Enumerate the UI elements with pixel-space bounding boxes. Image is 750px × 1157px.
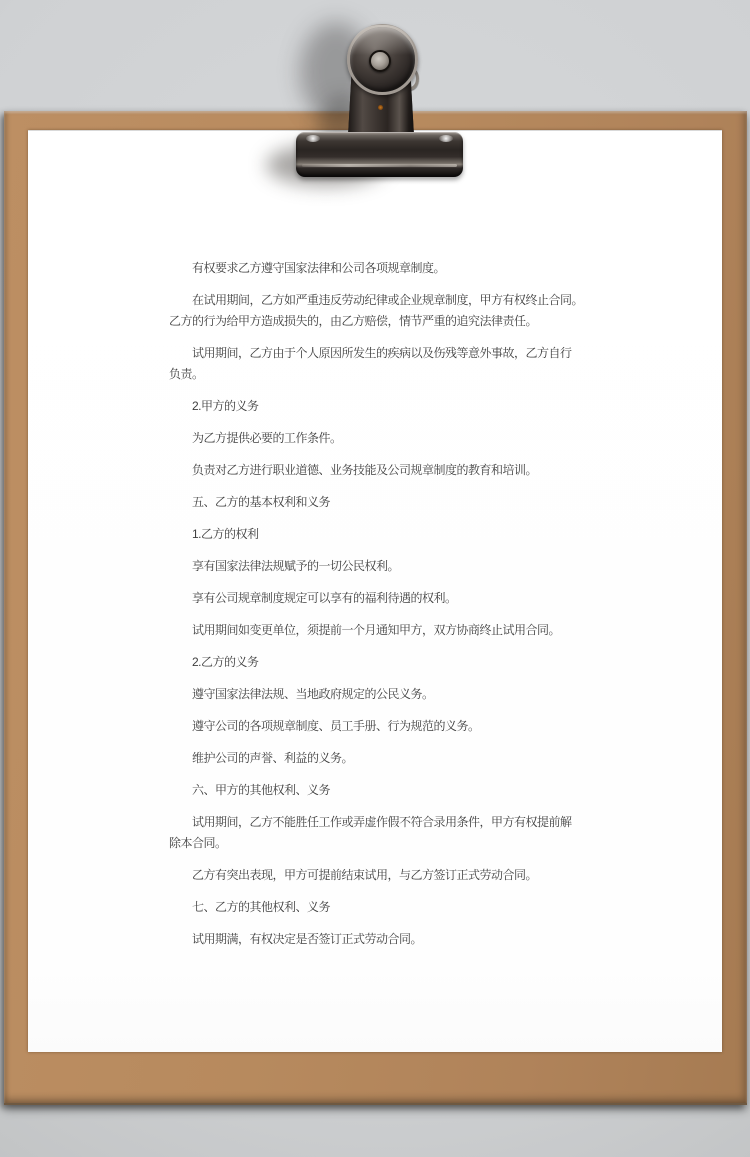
text-line: 试用期满，有权决定是否签订正式劳动合同。 xyxy=(169,929,599,950)
text-line: 遵守公司的各项规章制度、员工手册、行为规范的义务。 xyxy=(169,716,599,737)
text-line: 2.乙方的义务 xyxy=(169,652,599,673)
paragraph: 有权要求乙方遵守国家法律和公司各项规章制度。 xyxy=(169,258,599,279)
text-line: 为乙方提供必要的工作条件。 xyxy=(169,428,599,449)
paragraph: 遵守国家法律法规、当地政府规定的公民义务。 xyxy=(169,684,599,705)
paragraph: 七、乙方的其他权利、义务 xyxy=(169,897,599,918)
text-line: 五、乙方的基本权利和义务 xyxy=(169,492,599,513)
paragraph: 享有公司规章制度规定可以享有的福利待遇的权利。 xyxy=(169,588,599,609)
paragraph: 在试用期间，乙方如严重违反劳动纪律或企业规章制度，甲方有权终止合同。乙方的行为给… xyxy=(169,290,599,332)
text-line: 负责对乙方进行职业道德、业务技能及公司规章制度的教育和培训。 xyxy=(169,460,599,481)
text-line: 乙方的行为给甲方造成损失的，由乙方赔偿，情节严重的追究法律责任。 xyxy=(169,311,599,332)
clip-bar xyxy=(296,132,463,177)
paragraph: 试用期间如变更单位，须提前一个月通知甲方，双方协商终止试用合同。 xyxy=(169,620,599,641)
paragraph: 六、甲方的其他权利、义务 xyxy=(169,780,599,801)
text-line: 六、甲方的其他权利、义务 xyxy=(169,780,599,801)
text-line: 试用期间，乙方由于个人原因所发生的疾病以及伤残等意外事故，乙方自行 xyxy=(169,343,599,364)
paragraph: 试用期间，乙方不能胜任工作或弄虚作假不符合录用条件，甲方有权提前解除本合同。 xyxy=(169,812,599,854)
paragraph: 五、乙方的基本权利和义务 xyxy=(169,492,599,513)
text-line: 享有公司规章制度规定可以享有的福利待遇的权利。 xyxy=(169,588,599,609)
text-line: 维护公司的声誉、利益的义务。 xyxy=(169,748,599,769)
text-line: 除本合同。 xyxy=(169,833,599,854)
paragraph: 享有国家法律法规赋予的一切公民权利。 xyxy=(169,556,599,577)
paragraph: 遵守公司的各项规章制度、员工手册、行为规范的义务。 xyxy=(169,716,599,737)
text-line: 乙方有突出表现，甲方可提前结束试用，与乙方签订正式劳动合同。 xyxy=(169,865,599,886)
text-line: 遵守国家法律法规、当地政府规定的公民义务。 xyxy=(169,684,599,705)
document-text: 有权要求乙方遵守国家法律和公司各项规章制度。在试用期间，乙方如严重违反劳动纪律或… xyxy=(169,258,599,961)
paragraph: 试用期满，有权决定是否签订正式劳动合同。 xyxy=(169,929,599,950)
specular-highlight-icon xyxy=(439,135,453,142)
specular-highlight-icon xyxy=(306,135,320,142)
paragraph: 维护公司的声誉、利益的义务。 xyxy=(169,748,599,769)
paragraph: 试用期间，乙方由于个人原因所发生的疾病以及伤残等意外事故，乙方自行负责。 xyxy=(169,343,599,385)
text-line: 2.甲方的义务 xyxy=(169,396,599,417)
text-line: 享有国家法律法规赋予的一切公民权利。 xyxy=(169,556,599,577)
contract-paper: 有权要求乙方遵守国家法律和公司各项规章制度。在试用期间，乙方如严重违反劳动纪律或… xyxy=(28,130,722,1052)
text-line: 负责。 xyxy=(169,364,599,385)
paragraph: 为乙方提供必要的工作条件。 xyxy=(169,428,599,449)
text-line: 试用期间如变更单位，须提前一个月通知甲方，双方协商终止试用合同。 xyxy=(169,620,599,641)
text-line: 在试用期间，乙方如严重违反劳动纪律或企业规章制度，甲方有权终止合同。 xyxy=(169,290,599,311)
paragraph: 2.甲方的义务 xyxy=(169,396,599,417)
desk-background: 有权要求乙方遵守国家法律和公司各项规章制度。在试用期间，乙方如严重违反劳动纪律或… xyxy=(0,0,750,1157)
paragraph: 负责对乙方进行职业道德、业务技能及公司规章制度的教育和培训。 xyxy=(169,460,599,481)
paragraph: 2.乙方的义务 xyxy=(169,652,599,673)
text-line: 有权要求乙方遵守国家法律和公司各项规章制度。 xyxy=(169,258,599,279)
text-line: 试用期间，乙方不能胜任工作或弄虚作假不符合录用条件，甲方有权提前解 xyxy=(169,812,599,833)
paragraph: 1.乙方的权利 xyxy=(169,524,599,545)
text-line: 1.乙方的权利 xyxy=(169,524,599,545)
clip-hole xyxy=(369,50,391,72)
paragraph: 乙方有突出表现，甲方可提前结束试用，与乙方签订正式劳动合同。 xyxy=(169,865,599,886)
text-line: 七、乙方的其他权利、义务 xyxy=(169,897,599,918)
